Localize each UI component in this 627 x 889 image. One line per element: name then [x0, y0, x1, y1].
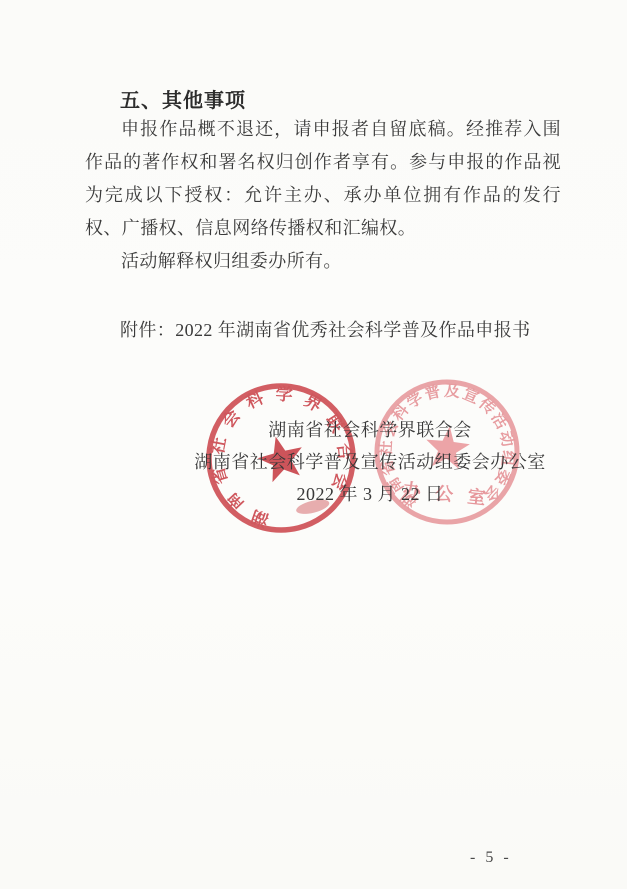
page-number: - 5 - — [470, 849, 512, 867]
attachment-line: 附件：2022 年湖南省优秀社会科学普及作品申报书 — [120, 316, 531, 342]
document-page: 五、其他事项 申报作品概不退还，请申报者自留底稿。经推荐入围作品的著作权和署名权… — [0, 0, 627, 889]
section-heading: 五、其他事项 — [120, 84, 246, 113]
body-text: 申报作品概不退还，请申报者自留底稿。经推荐入围作品的著作权和署名权归创作者享有。… — [85, 113, 561, 278]
signature-org-1: 湖南省社会科学界联合会 — [150, 414, 590, 446]
body-paragraph: 申报作品概不退还，请申报者自留底稿。经推荐入围作品的著作权和署名权归创作者享有。… — [85, 113, 561, 245]
signature-org-2: 湖南省社会科学普及宣传活动组委会办公室 — [150, 446, 590, 478]
signature-date: 2022 年 3 月 22 日 — [150, 478, 590, 510]
body-paragraph: 活动解释权归组委办所有。 — [85, 245, 561, 278]
signature-block: 湖南省社会科学界联合会 湖南省社会科学普及宣传活动组委会办公室 2022 年 3… — [150, 414, 590, 510]
